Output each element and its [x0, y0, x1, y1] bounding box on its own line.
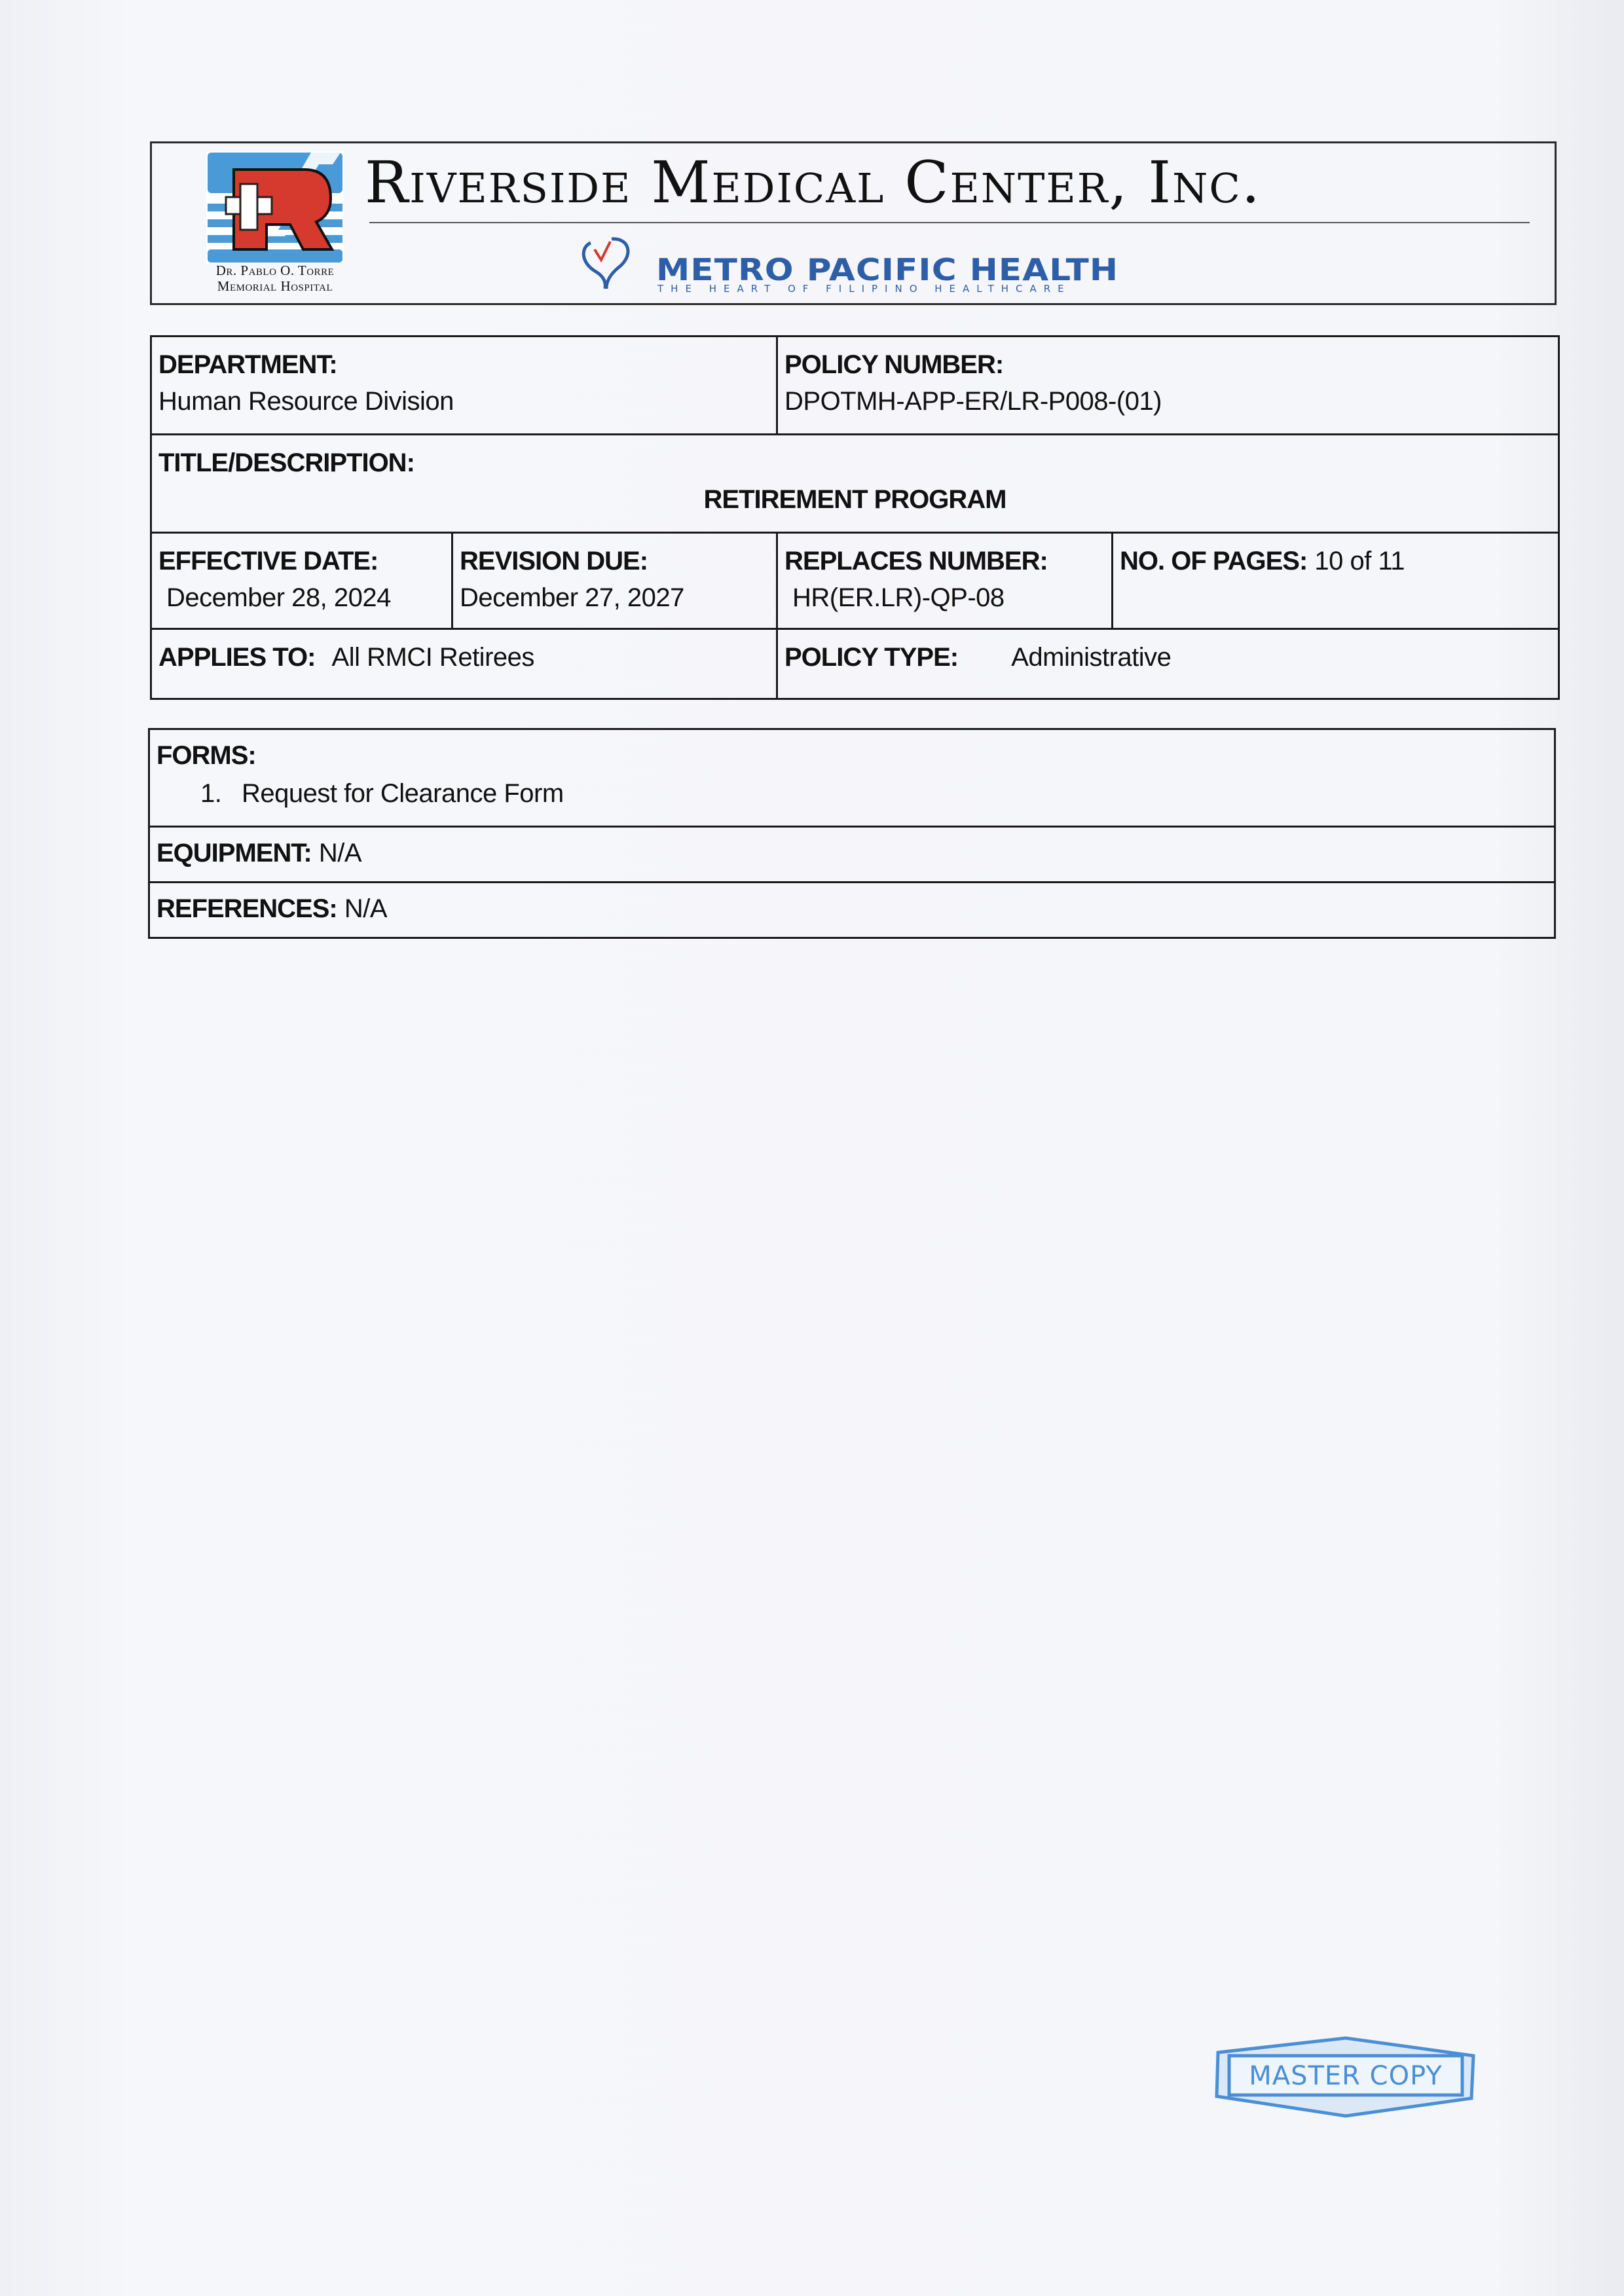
revision-due-value: December 27, 2027 — [460, 579, 769, 616]
department-label: DEPARTMENT: — [158, 346, 769, 383]
title-cell: TITLE/DESCRIPTION: RETIREMENT PROGRAM — [151, 435, 1559, 533]
forms-list: Request for Clearance Form — [157, 774, 1547, 812]
references-cell: REFERENCES: N/A — [149, 883, 1555, 938]
replaces-number-label: REPLACES NUMBER: — [784, 543, 1105, 579]
department-value: Human Resource Division — [158, 383, 769, 420]
policy-type-value: Administrative — [1011, 643, 1171, 672]
master-copy-stamp: MASTER COPY — [1215, 2036, 1477, 2118]
attachments-table: FORMS: Request for Clearance Form EQUIPM… — [148, 728, 1556, 939]
title-label: TITLE/DESCRIPTION: — [158, 445, 1551, 481]
applies-to-label: APPLIES TO: — [158, 643, 315, 672]
equipment-label: EQUIPMENT: — [157, 839, 312, 867]
hospital-logo-icon — [206, 151, 344, 264]
company-name: Riverside Medical Center, Inc. — [365, 149, 1261, 216]
effective-date-cell: EFFECTIVE DATE: December 28, 2024 — [151, 533, 452, 629]
replaces-number-value: HR(ER.LR)-QP-08 — [784, 579, 1105, 616]
hospital-name-line2: Memorial Hospital — [170, 278, 380, 294]
policy-number-label: POLICY NUMBER: — [784, 346, 1551, 383]
equipment-cell: EQUIPMENT: N/A — [149, 827, 1555, 883]
hospital-name-line1: Dr. Pablo O. Torre — [170, 263, 380, 278]
partner-tagline: THE HEART OF FILIPINO HEALTHCARE — [657, 283, 1071, 295]
replaces-number-cell: REPLACES NUMBER: HR(ER.LR)-QP-08 — [777, 533, 1113, 629]
forms-label: FORMS: — [157, 737, 1547, 774]
hospital-name: Dr. Pablo O. Torre Memorial Hospital — [170, 263, 380, 294]
equipment-value: N/A — [319, 839, 361, 867]
policy-number-value: DPOTMH-APP-ER/LR-P008-(01) — [784, 383, 1551, 420]
partner-name: METRO PACIFIC HEALTH — [656, 252, 1118, 287]
policy-number-cell: POLICY NUMBER: DPOTMH-APP-ER/LR-P008-(01… — [777, 337, 1559, 435]
heart-logo-icon — [578, 235, 637, 291]
applies-to-value: All RMCI Retirees — [332, 643, 534, 672]
policy-type-cell: POLICY TYPE: Administrative — [777, 629, 1559, 699]
applies-to-cell: APPLIES TO: All RMCI Retirees — [151, 629, 777, 699]
policy-title: RETIREMENT PROGRAM — [158, 481, 1551, 518]
policy-type-label: POLICY TYPE: — [784, 643, 958, 672]
effective-date-label: EFFECTIVE DATE: — [158, 543, 445, 579]
pages-value: 10 of 11 — [1314, 547, 1405, 575]
references-label: REFERENCES: — [157, 894, 337, 923]
revision-due-cell: REVISION DUE: December 27, 2027 — [452, 533, 777, 629]
form-item: Request for Clearance Form — [229, 774, 1547, 812]
effective-date-value: December 28, 2024 — [158, 579, 445, 616]
forms-cell: FORMS: Request for Clearance Form — [149, 729, 1555, 827]
policy-info-table: DEPARTMENT: Human Resource Division POLI… — [150, 335, 1560, 700]
header-divider — [369, 222, 1530, 223]
pages-label: NO. OF PAGES: — [1120, 547, 1307, 575]
pages-cell: NO. OF PAGES: 10 of 11 — [1113, 533, 1559, 629]
department-cell: DEPARTMENT: Human Resource Division — [151, 337, 777, 435]
references-value: N/A — [344, 894, 387, 923]
revision-due-label: REVISION DUE: — [460, 543, 769, 579]
letterhead: Dr. Pablo O. Torre Memorial Hospital Riv… — [150, 141, 1557, 305]
stamp-text: MASTER COPY — [1215, 2061, 1477, 2091]
